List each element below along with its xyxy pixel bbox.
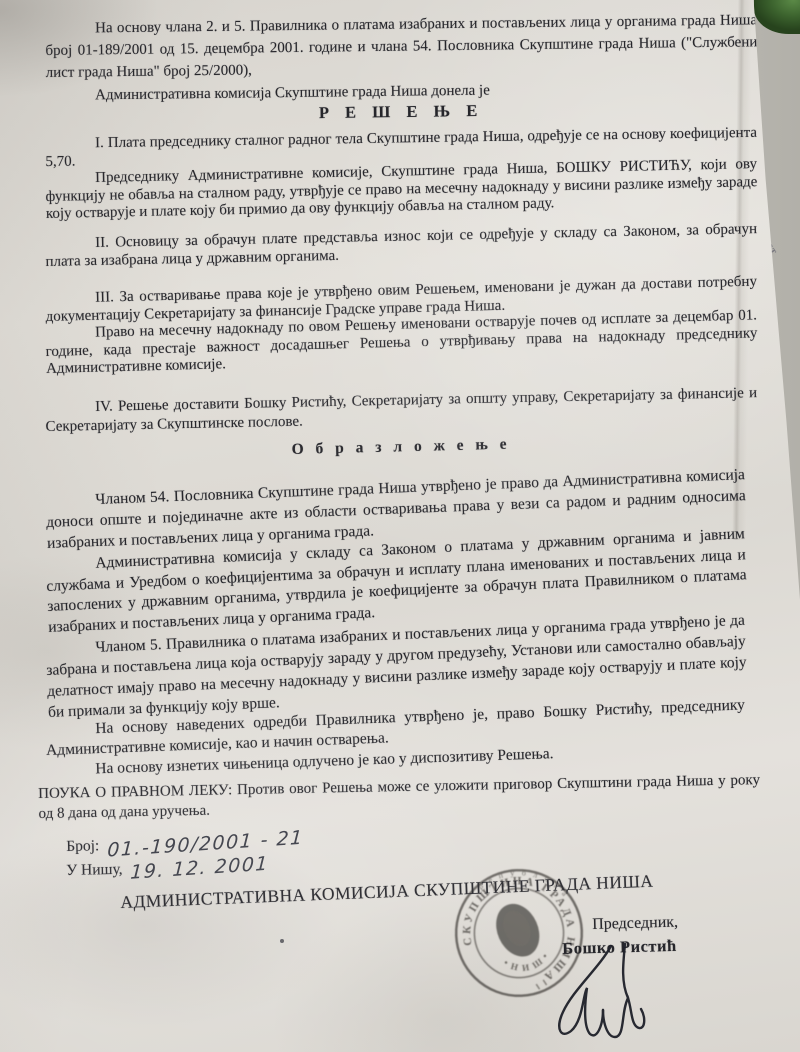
date-handwritten: 19. 12. 2001 <box>130 853 270 884</box>
document-photo: минист зак На основу члана 2. и 5. Прави… <box>0 0 800 1052</box>
signature-stroke <box>603 998 644 1037</box>
item-2-paragraph: II. Основицу за обрачун плате представља… <box>45 221 758 271</box>
signature-stroke <box>623 944 628 998</box>
green-object-corner <box>754 0 800 34</box>
signer-role: Председник, <box>592 914 678 934</box>
place-label: У Нишу, <box>66 861 123 879</box>
handwritten-signature <box>533 938 655 1046</box>
item-4-paragraph: IV. Решење доставити Бошку Ристићу, Секр… <box>45 384 758 437</box>
legal-remedy-paragraph: ПОУКА О ПРАВНОМ ЛЕКУ: Против овог Решења… <box>38 770 761 824</box>
intro-paragraph: На основу члана 2. и 5. Правилника о пла… <box>45 9 758 84</box>
ink-speck <box>280 939 284 943</box>
place-date-line: У Нишу,19. 12. 2001 <box>66 856 270 882</box>
document-sheet: На основу члана 2. и 5. Правилника о пла… <box>0 0 800 1052</box>
rationale-heading: О б р а з л о ж е њ е <box>45 430 757 465</box>
case-number-label: Број: <box>66 837 99 855</box>
